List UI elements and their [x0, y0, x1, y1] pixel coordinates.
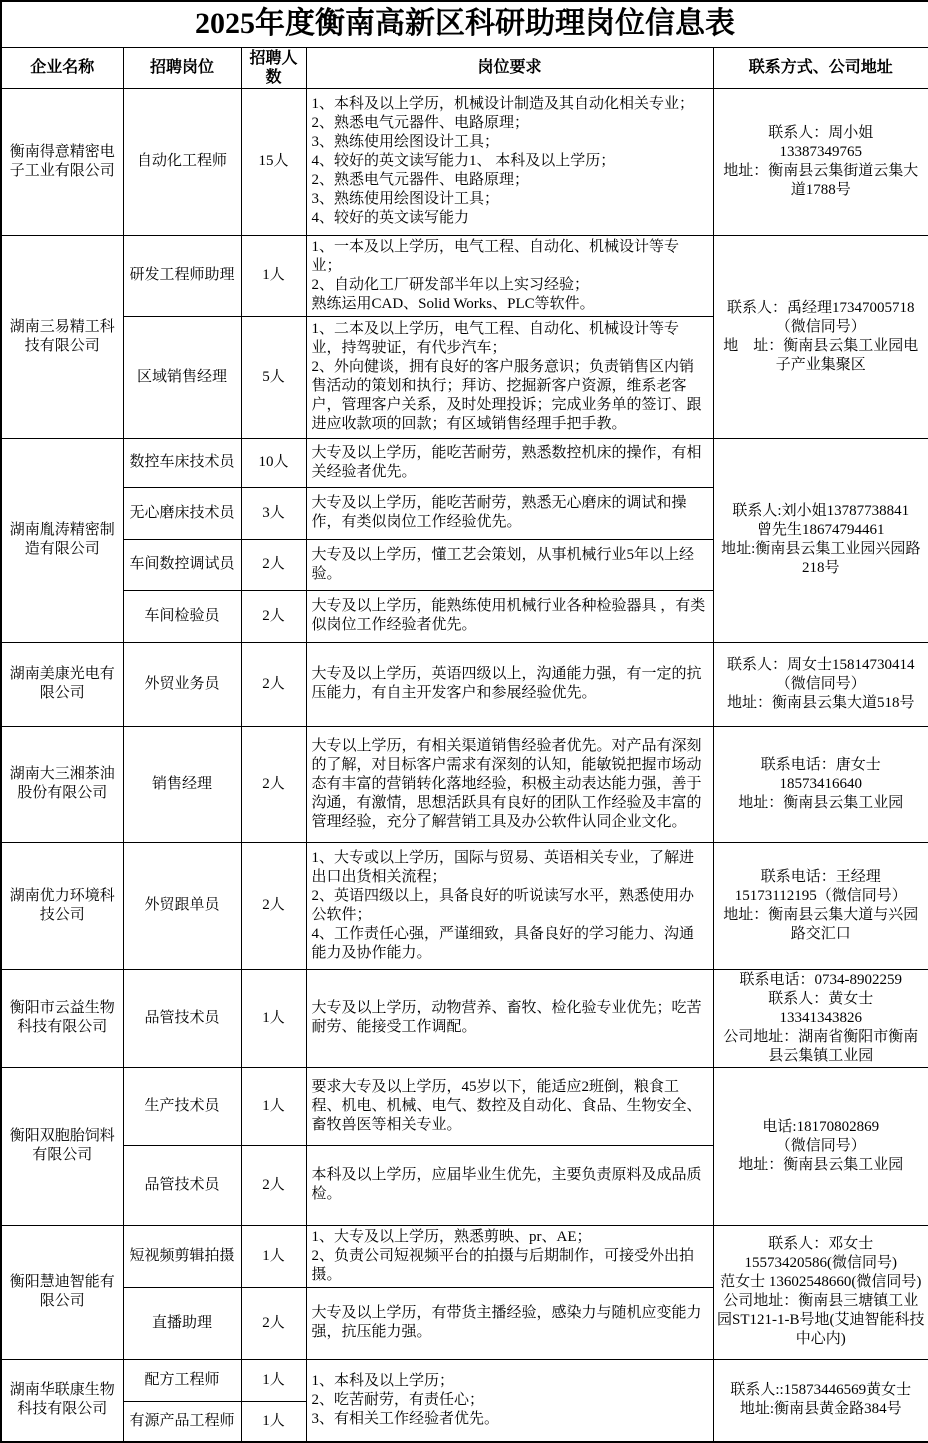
position-cell: 自动化工程师 [123, 88, 241, 235]
position-cell: 研发工程师助理 [123, 235, 241, 316]
headcount-cell: 3人 [241, 487, 306, 539]
headcount-cell: 15人 [241, 88, 306, 235]
contact-cell: 联系人::15873446569黄女士 地址:衡南县黄金路384号 [713, 1359, 928, 1442]
headcount-cell: 2人 [241, 1287, 306, 1359]
position-cell: 短视频剪辑拍摄 [123, 1225, 241, 1287]
contact-cell: 联系人:刘小姐13787738841 曾先生18674794461 地址:衡南县… [713, 438, 928, 642]
position-cell: 无心磨床技术员 [123, 487, 241, 539]
table-row: 湖南三易精工科技有限公司 研发工程师助理 1人 1、一本及以上学历，电气工程、自… [1, 235, 928, 316]
jobs-table: 2025年度衡南高新区科研助理岗位信息表 企业名称 招聘岗位 招聘人数 岗位要求… [0, 0, 928, 1443]
position-cell: 销售经理 [123, 726, 241, 842]
requirements-cell: 大专以上学历，有相关渠道销售经验者优先。对产品有深刻的了解，对目标客户需求有深刻… [306, 726, 713, 842]
headcount-cell: 2人 [241, 726, 306, 842]
contact-cell: 联系电话：王经理 15173112195（微信同号） 地址：衡南县云集大道与兴园… [713, 842, 928, 969]
requirements-cell: 大专及以上学历，能吃苦耐劳，熟悉数控机床的操作，有相关经验者优先。 [306, 438, 713, 487]
headcount-cell: 1人 [241, 1067, 306, 1145]
position-cell: 直播助理 [123, 1287, 241, 1359]
requirements-cell: 1、二本及以上学历，电气工程、自动化、机械设计等专业，持驾驶证，有代步汽车； 2… [306, 316, 713, 438]
contact-cell: 联系人：周小姐 13387349765 地址：衡南县云集街道云集大道1788号 [713, 88, 928, 235]
contact-cell: 联系电话：唐女士 18573416640 地址：衡南县云集工业园 [713, 726, 928, 842]
position-cell: 有源产品工程师 [123, 1401, 241, 1442]
requirements-cell: 要求大专及以上学历，45岁以下，能适应2班倒，粮食工程、机电、机械、电气、数控及… [306, 1067, 713, 1145]
requirements-cell: 本科及以上学历，应届毕业生优先，主要负责原料及成品质检。 [306, 1145, 713, 1225]
headcount-cell: 1人 [241, 1401, 306, 1442]
company-name-cell: 衡阳双胞胎饲料有限公司 [1, 1067, 123, 1225]
company-name-cell: 湖南三易精工科技有限公司 [1, 235, 123, 438]
table-row: 湖南华联康生物科技有限公司 配方工程师 1人 1、本科及以上学历； 2、吃苦耐劳… [1, 1359, 928, 1401]
headcount-cell: 2人 [241, 539, 306, 590]
table-row: 湖南美康光电有限公司 外贸业务员 2人 大专及以上学历，英语四级以上，沟通能力强… [1, 642, 928, 726]
contact-cell: 联系电话：0734-8902259 联系人：黄女士 13341343826 公司… [713, 969, 928, 1067]
header-headcount: 招聘人数 [241, 47, 306, 88]
company-name-cell: 湖南大三湘茶油股份有限公司 [1, 726, 123, 842]
position-cell: 外贸业务员 [123, 642, 241, 726]
requirements-cell: 1、大专或以上学历，国际与贸易、英语相关专业，了解进出口出货相关流程； 2、英语… [306, 842, 713, 969]
company-name-cell: 衡阳市云益生物科技有限公司 [1, 969, 123, 1067]
position-cell: 数控车床技术员 [123, 438, 241, 487]
requirements-cell: 1、大专及以上学历，熟悉剪映、pr、AE； 2、负责公司短视频平台的拍摄与后期制… [306, 1225, 713, 1287]
headcount-cell: 1人 [241, 235, 306, 316]
header-contact: 联系方式、公司地址 [713, 47, 928, 88]
table-row: 衡阳双胞胎饲料有限公司 生产技术员 1人 要求大专及以上学历，45岁以下，能适应… [1, 1067, 928, 1145]
requirements-cell: 1、本科及以上学历； 2、吃苦耐劳，有责任心； 3、有相关工作经验者优先。 [306, 1359, 713, 1442]
table-row: 湖南胤涛精密制造有限公司 数控车床技术员 10人 大专及以上学历，能吃苦耐劳，熟… [1, 438, 928, 487]
requirements-cell: 1、本科及以上学历，机械设计制造及其自动化相关专业； 2、熟悉电气元器件、电路原… [306, 88, 713, 235]
header-row: 企业名称 招聘岗位 招聘人数 岗位要求 联系方式、公司地址 [1, 47, 928, 88]
company-name-cell: 湖南华联康生物科技有限公司 [1, 1359, 123, 1442]
position-cell: 车间数控调试员 [123, 539, 241, 590]
company-name-cell: 衡南得意精密电子工业有限公司 [1, 88, 123, 235]
headcount-cell: 1人 [241, 969, 306, 1067]
requirements-cell: 大专及以上学历，懂工艺会策划，从事机械行业5年以上经验。 [306, 539, 713, 590]
headcount-cell: 5人 [241, 316, 306, 438]
requirements-cell: 大专及以上学历，能吃苦耐劳，熟悉无心磨床的调试和操作，有类似岗位工作经验优先。 [306, 487, 713, 539]
requirements-cell: 1、一本及以上学历，电气工程、自动化、机械设计等专业； 2、自动化工厂研发部半年… [306, 235, 713, 316]
table-row: 湖南优力环境科技公司 外贸跟单员 2人 1、大专或以上学历，国际与贸易、英语相关… [1, 842, 928, 969]
contact-cell: 电话:18170802869 （微信同号） 地址：衡南县云集工业园 [713, 1067, 928, 1225]
requirements-cell: 大专及以上学历，能熟练使用机械行业各种检验器具 ，有类似岗位工作经验者优先。 [306, 590, 713, 642]
header-position: 招聘岗位 [123, 47, 241, 88]
contact-cell: 联系人：周女士15814730414 （微信同号） 地址：衡南县云集大道518号 [713, 642, 928, 726]
requirements-cell: 大专及以上学历，英语四级以上，沟通能力强，有一定的抗压能力，有自主开发客户和参展… [306, 642, 713, 726]
headcount-cell: 2人 [241, 842, 306, 969]
headcount-cell: 1人 [241, 1359, 306, 1401]
headcount-cell: 2人 [241, 642, 306, 726]
company-name-cell: 湖南美康光电有限公司 [1, 642, 123, 726]
headcount-cell: 10人 [241, 438, 306, 487]
position-cell: 品管技术员 [123, 969, 241, 1067]
position-cell: 品管技术员 [123, 1145, 241, 1225]
contact-cell: 联系人：禹经理17347005718 （微信同号） 地 址：衡南县云集工业园电子… [713, 235, 928, 438]
table-row: 衡阳市云益生物科技有限公司 品管技术员 1人 大专及以上学历，动物营养、畜牧、检… [1, 969, 928, 1067]
position-cell: 配方工程师 [123, 1359, 241, 1401]
headcount-cell: 2人 [241, 590, 306, 642]
position-cell: 车间检验员 [123, 590, 241, 642]
company-name-cell: 衡阳慧迪智能有限公司 [1, 1225, 123, 1359]
headcount-cell: 2人 [241, 1145, 306, 1225]
position-cell: 外贸跟单员 [123, 842, 241, 969]
requirements-cell: 大专及以上学历，动物营养、畜牧、检化验专业优先；吃苦耐劳、能接受工作调配。 [306, 969, 713, 1067]
headcount-cell: 1人 [241, 1225, 306, 1287]
job-info-sheet: 2025年度衡南高新区科研助理岗位信息表 企业名称 招聘岗位 招聘人数 岗位要求… [0, 0, 928, 1423]
header-company: 企业名称 [1, 47, 123, 88]
page-title: 2025年度衡南高新区科研助理岗位信息表 [1, 1, 928, 47]
company-name-cell: 湖南胤涛精密制造有限公司 [1, 438, 123, 642]
requirements-cell: 大专及以上学历，有带货主播经验，感染力与随机应变能力强，抗压能力强。 [306, 1287, 713, 1359]
company-name-cell: 湖南优力环境科技公司 [1, 842, 123, 969]
contact-cell: 联系人：邓女士 15573420586(微信同号) 范女士 1360254866… [713, 1225, 928, 1359]
title-row: 2025年度衡南高新区科研助理岗位信息表 [1, 1, 928, 47]
position-cell: 区域销售经理 [123, 316, 241, 438]
table-row: 衡阳慧迪智能有限公司 短视频剪辑拍摄 1人 1、大专及以上学历，熟悉剪映、pr、… [1, 1225, 928, 1287]
position-cell: 生产技术员 [123, 1067, 241, 1145]
header-requirements: 岗位要求 [306, 47, 713, 88]
table-row: 衡南得意精密电子工业有限公司 自动化工程师 15人 1、本科及以上学历，机械设计… [1, 88, 928, 235]
table-row: 湖南大三湘茶油股份有限公司 销售经理 2人 大专以上学历，有相关渠道销售经验者优… [1, 726, 928, 842]
